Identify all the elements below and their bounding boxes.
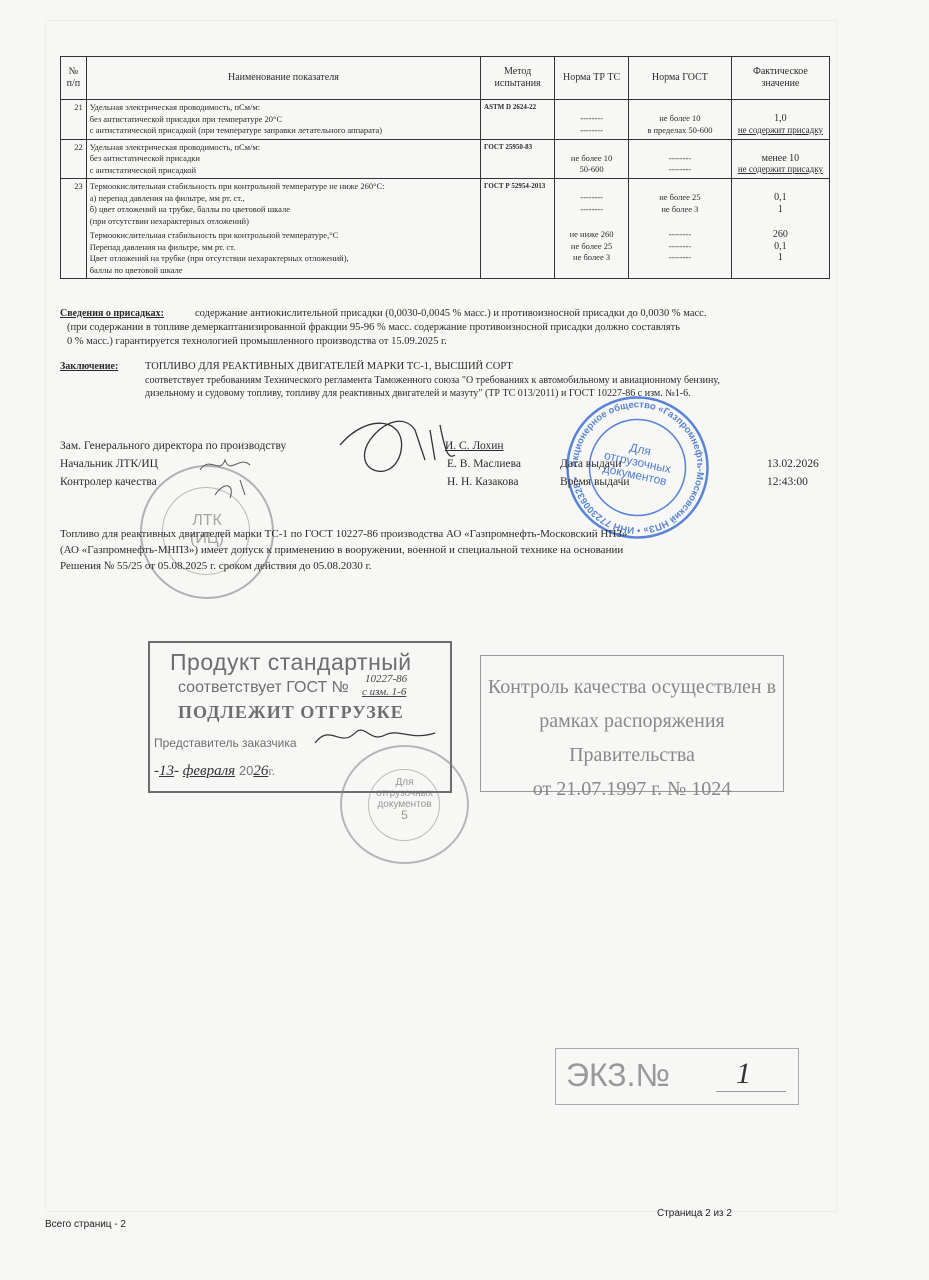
signature-role-3: Контролер качества [60,476,157,488]
row-norm-tr: -------- -------- не ниже 260 не более 2… [555,179,629,279]
value-line: 1,0 [735,113,826,125]
stamp-date-month: февраля [183,763,235,779]
value-line: -------- [558,125,625,137]
signature-role-2: Начальник ЛТК/ИЦ [60,458,158,470]
table-row: 22 Удельная электрическая проводимость, … [61,139,830,179]
row-name: Удельная электрическая проводимость, пСм… [86,100,480,140]
name-line: с антистатической присадкой [90,165,477,177]
value-line: 0,1 [735,192,826,204]
admission-line-3: Решения № 55/25 от 05.08.2025 г. сроком … [60,560,372,572]
row-norm-gost: не более 25 не более 3 -------- --------… [629,179,732,279]
name-line: Перепад давления на фильтре, мм рт. ст. [90,242,477,254]
row-actual: 0,1 1 260 0,1 1 [731,179,829,279]
footer-total-pages: Всего страниц - 2 [45,1219,126,1230]
stamp-gost-handwritten-2: с изм. 1-6 [362,686,406,698]
conclusion-line-1: соответствует требованиям Технического р… [145,375,720,386]
value-line: 0,1 [735,241,826,253]
stamp-year-prefix: 20 [239,763,253,778]
control-stamp-line-2: рамках распоряжения Правительства [481,704,783,772]
value-line: -------- [632,241,728,253]
value-line: не более 10 [632,113,728,125]
value-line: не более 25 [632,192,728,204]
value-line: не содержит присадку [735,164,826,176]
row-actual: 1,0 не содержит присадку [731,100,829,140]
issue-time-value: 12:43:00 [767,476,808,488]
stamp-date-row: -13- февраля 2026г. [154,763,275,780]
value-line: -------- [632,229,728,241]
representative-round-stamp: Для отгрузочных документов 5 [340,745,469,864]
admission-line-2: (АО «Газпромнефть-МНПЗ») имеет допуск к … [60,544,623,556]
value-line: 50-600 [558,164,625,176]
table-row: 23 Термоокислительная стабильность при к… [61,179,830,279]
header-num: № п/п [61,57,87,100]
conclusion-title: ТОПЛИВО ДЛЯ РЕАКТИВНЫХ ДВИГАТЕЛЕЙ МАРКИ … [145,361,513,372]
header-method: Метод испытания [481,57,555,100]
value-line: -------- [558,113,625,125]
value-line: в пределах 50-600 [632,125,728,137]
rep-stamp-center-1: Для [342,777,467,788]
row-num: 21 [61,100,87,140]
value-line: не ниже 260 [558,229,625,241]
quality-control-stamp: Контроль качества осуществлен в рамках р… [480,655,784,792]
row-actual: менее 10 не содержит присадку [731,139,829,179]
stamp-gost-label: соответствует ГОСТ № [178,679,349,697]
row-method: ГОСТ Р 52954-2013 [481,179,555,279]
value-line: -------- [558,204,625,216]
row-norm-gost: -------- -------- [629,139,732,179]
rep-stamp-center-2: отгрузочных [342,788,467,799]
name-line: Термоокислительная стабильность при конт… [90,230,477,242]
stamp-ship-label: ПОДЛЕЖИТ ОТГРУЗКЕ [178,702,404,723]
value-line: не более 3 [632,204,728,216]
issue-date-value: 13.02.2026 [767,458,819,470]
value-line: -------- [632,153,728,165]
signature-scribble-icon [195,450,265,500]
value-line: менее 10 [735,153,826,165]
control-stamp-line-1: Контроль качества осуществлен в [481,670,783,704]
value-line: 1 [735,204,826,216]
additives-label: Сведения о присадках: [60,308,164,319]
name-line: без антистатической присадки при темпера… [90,114,477,126]
issue-date-label: Дата выдачи [560,458,621,470]
value-line: не более 25 [558,241,625,253]
row-norm-gost: не более 10 в пределах 50-600 [629,100,732,140]
name-line: Термоокислительная стабильность при конт… [90,181,477,193]
name-line: Удельная электрическая проводимость, пСм… [90,102,477,114]
table-row: 21 Удельная электрическая проводимость, … [61,100,830,140]
name-line: Удельная электрическая проводимость, пСм… [90,142,477,154]
row-method: ASTM D 2624-22 [481,100,555,140]
stamp-date-day: 13 [159,763,174,779]
issue-time-label: Время выдачи [560,476,630,488]
name-line: без антистатической присадки [90,153,477,165]
admission-line-1: Топливо для реактивных двигателей марки … [60,528,627,540]
row-norm-tr: -------- -------- [555,100,629,140]
rep-stamp-number: 5 [342,810,467,821]
name-line: б) цвет отложений на трубке, баллы по цв… [90,204,477,216]
value-line: не более 3 [558,252,625,264]
header-norm-tr: Норма ТР ТС [555,57,629,100]
additives-line-3: 0 % масс.) гарантируется технологией про… [67,336,447,347]
header-name: Наименование показателя [86,57,480,100]
stamp-product-title: Продукт стандартный [170,649,412,676]
name-line: Цвет отложений на трубке (при отсутствии… [90,253,477,265]
name-line: а) перепад давления на фильтре, мм рт. с… [90,193,477,205]
copy-number-stamp: ЭКЗ.№ 1 [555,1048,799,1105]
row-num: 23 [61,179,87,279]
value-line: не более 10 [558,153,625,165]
value-line: 260 [735,229,826,241]
additives-line-1: содержание антиокислительной присадки (0… [195,308,706,319]
name-line: с антистатической присадкой (при темпера… [90,125,477,137]
conclusion-label: Заключение: [60,361,118,372]
stamp-year-suffix: г. [268,764,275,778]
value-line: -------- [558,192,625,204]
row-method: ГОСТ 25950-83 [481,139,555,179]
copy-number-label: ЭКЗ.№ [566,1057,670,1094]
header-actual: Фактическое значение [731,57,829,100]
stamp-rep-label: Представитель заказчика [154,736,297,750]
value-line: -------- [632,252,728,264]
value-line: не содержит присадку [735,125,826,137]
signature-scribble-icon [330,400,460,490]
name-line: баллы по цветовой шкале [90,265,477,277]
additives-line-2: (при содержании в топливе демеркаптанизи… [67,322,680,333]
stamp-gost-handwritten: 10227-86 [365,673,407,685]
header-norm-gost: Норма ГОСТ [629,57,732,100]
footer-page-number: Страница 2 из 2 [657,1208,732,1219]
row-norm-tr: не более 10 50-600 [555,139,629,179]
table-header-row: № п/п Наименование показателя Метод испы… [61,57,830,100]
row-name: Термоокислительная стабильность при конт… [86,179,480,279]
results-table: № п/п Наименование показателя Метод испы… [60,56,830,279]
copy-number-value: 1 [736,1057,751,1091]
name-line: (при отсутствии нехарактерных отложений) [90,216,477,228]
value-line: 1 [735,252,826,264]
stamp-year-hand: 26 [253,763,268,779]
row-num: 22 [61,139,87,179]
value-line: -------- [632,164,728,176]
control-stamp-line-3: от 21.07.1997 г. № 1024 [481,772,783,806]
row-name: Удельная электрическая проводимость, пСм… [86,139,480,179]
